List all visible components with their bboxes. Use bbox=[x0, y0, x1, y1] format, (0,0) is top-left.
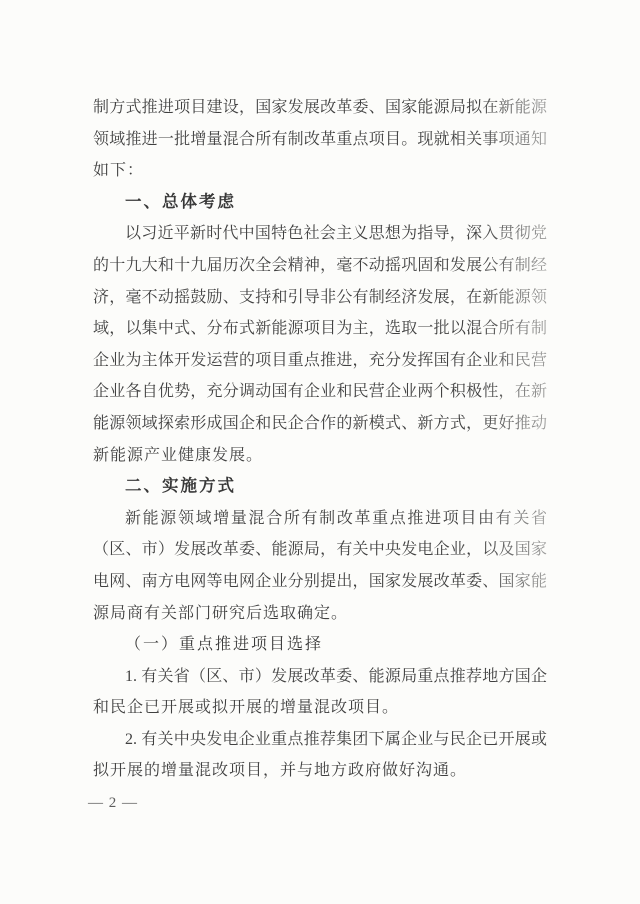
text-line: 以习近平新时代中国特色社会主义思想为指导，深入贯彻党 bbox=[93, 218, 547, 250]
text-line: 如下： bbox=[93, 155, 547, 187]
text-line: 企业各自优势，充分调动国有企业和民营企业两个积极性，在新 bbox=[93, 376, 547, 408]
text-line: 领域推进一批增量混合所有制改革重点项目。现就相关事项通知 bbox=[93, 124, 547, 156]
heading-line: （一）重点推进项目选择 bbox=[93, 629, 547, 661]
text-line: 2. 有关中央发电企业重点推荐集团下属企业与民企已开展或 bbox=[93, 724, 547, 756]
text-line: 能源领域探索形成国企和民企合作的新模式、新方式，更好推动 bbox=[93, 408, 547, 440]
text-line: 新能源产业健康发展。 bbox=[93, 440, 547, 472]
text-line: 源局商有关部门研究后选取确定。 bbox=[93, 598, 547, 630]
text-line: 1. 有关省（区、市）发展改革委、能源局重点推荐地方国企 bbox=[93, 661, 547, 693]
text-line: 拟开展的增量混改项目，并与地方政府做好沟通。 bbox=[93, 755, 547, 787]
text-line: 域，以集中式、分布式新能源项目为主，选取一批以混合所有制 bbox=[93, 313, 547, 345]
heading-line: 二、实施方式 bbox=[93, 471, 547, 503]
text-line: 电网、南方电网等电网企业分别提出，国家发展改革委、国家能 bbox=[93, 566, 547, 598]
text-line: 新能源领域增量混合所有制改革重点推进项目由有关省 bbox=[93, 503, 547, 535]
text-line: 企业为主体开发运营的项目重点推进，充分发挥国有企业和民营 bbox=[93, 345, 547, 377]
text-line: 济，毫不动摇鼓励、支持和引导非公有制经济发展，在新能源领 bbox=[93, 282, 547, 314]
text-line: 和民企已开展或拟开展的增量混改项目。 bbox=[93, 692, 547, 724]
scanned-document-page: 制方式推进项目建设，国家发展改革委、国家能源局拟在新能源领域推进一批增量混合所有… bbox=[0, 0, 640, 904]
heading-line: 一、总体考虑 bbox=[93, 187, 547, 219]
text-line: （区、市）发展改革委、能源局，有关中央发电企业，以及国家 bbox=[93, 534, 547, 566]
document-body: 制方式推进项目建设，国家发展改革委、国家能源局拟在新能源领域推进一批增量混合所有… bbox=[93, 92, 547, 787]
text-line: 制方式推进项目建设，国家发展改革委、国家能源局拟在新能源 bbox=[93, 92, 547, 124]
page-number: — 2 — bbox=[88, 795, 138, 812]
text-line: 的十九大和十九届历次全会精神，毫不动摇巩固和发展公有制经 bbox=[93, 250, 547, 282]
